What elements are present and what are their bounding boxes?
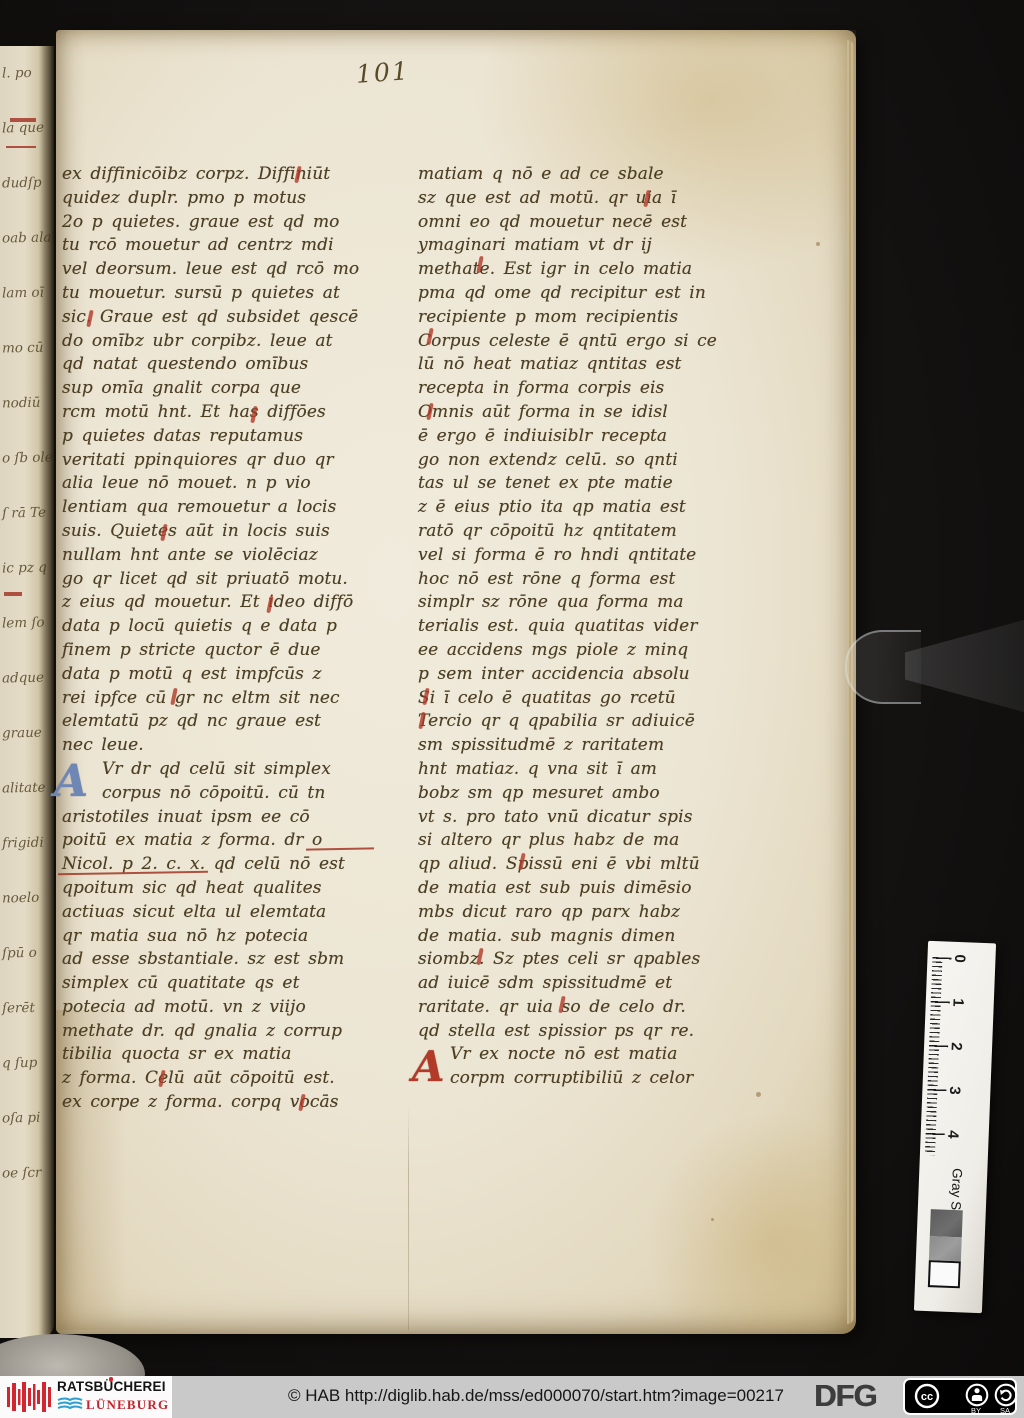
ink-speck bbox=[756, 1092, 761, 1097]
cc-logo-icon: cc bbox=[913, 1383, 941, 1411]
manuscript-text-line: matiam q nō e ad ce sbale bbox=[418, 163, 748, 187]
copyright-url-text: © HAB http://diglib.hab.de/mss/ed000070/… bbox=[288, 1386, 784, 1406]
ruler-number: 3 bbox=[946, 1086, 963, 1095]
facing-page-rubric-underline bbox=[6, 146, 36, 148]
manuscript-text-line: data p locū quietis q e data p bbox=[62, 615, 377, 639]
gray-scale-patch-dark bbox=[930, 1209, 963, 1237]
manuscript-text-line: de matia. sub magnis dimen bbox=[418, 925, 748, 949]
manuscript-text-line: sm spissitudmē z raritatem bbox=[418, 734, 748, 758]
manuscript-text-line: ymaginari matiam vt dr ij bbox=[418, 234, 748, 258]
manuscript-text-line: recipiente p mom recipientis bbox=[418, 306, 748, 330]
manuscript-text-line: vt s. pro tato vnū dicatur spis bbox=[418, 806, 748, 830]
manuscript-text-line: omni eo qd mouetur necē est bbox=[418, 211, 748, 235]
attribution-footer-bar: RATSBÜCHEREI LÜNEBURG © HAB http://digli… bbox=[0, 1376, 1024, 1418]
cc-license-badge: cc BY SA bbox=[903, 1378, 1017, 1415]
manuscript-text-line: corpus nō cōpoitū. cū tn bbox=[62, 782, 377, 806]
manuscript-text-line: hnt matiaz. q vna sit ī am bbox=[418, 758, 748, 782]
manuscript-text-line: ad iuicē sdm spissitudmē et bbox=[418, 972, 748, 996]
cc-sa-arrow-icon bbox=[994, 1383, 1018, 1407]
manuscript-text-line: Si ī celo ē quatitas go rcetū bbox=[418, 687, 748, 711]
plastic-clip-tip bbox=[845, 630, 921, 704]
grayscale-ruler-card: 01234 Gray Scale bbox=[914, 941, 996, 1313]
folio-number: 101 bbox=[355, 56, 411, 89]
dfg-logo: DFG bbox=[814, 1378, 876, 1414]
cc-by-person-icon bbox=[965, 1383, 989, 1407]
manuscript-text-line: raritate. qr uia so de celo dr. bbox=[418, 996, 748, 1020]
svg-text:cc: cc bbox=[921, 1391, 933, 1403]
blue-illuminated-initial: A bbox=[54, 756, 88, 807]
manuscript-text-line: methate dr. qd gnalia z corrup bbox=[62, 1020, 377, 1044]
library-name-line2: LÜNEBURG bbox=[86, 1397, 169, 1413]
manuscript-text-line: aristotiles inuat ipsm ee cō bbox=[62, 806, 377, 830]
manuscript-text-line: sz que est ad motū. qr uia ī bbox=[418, 187, 748, 211]
facing-page-rubric-mark bbox=[10, 118, 36, 122]
ink-speck bbox=[816, 242, 820, 246]
gray-scale-patch-white bbox=[928, 1260, 961, 1288]
manuscript-text-line: tibilia quocta sr ex matia bbox=[62, 1043, 377, 1067]
manuscript-text-line: nullam hnt ante se violēciaz bbox=[62, 544, 377, 568]
manuscript-right-column: matiam q nō e ad ce sbalesz que est ad m… bbox=[418, 163, 748, 1091]
manuscript-text-line: ex corpe z forma. corpq vocās bbox=[62, 1091, 377, 1115]
facing-page-rubric-mark bbox=[4, 592, 22, 596]
manuscript-text-line: Tercio qr q qpabilia sr adiuicē bbox=[418, 710, 748, 734]
manuscript-text-line: vel si forma ē ro hndi qntitate bbox=[418, 544, 748, 568]
manuscript-text-line: suis. Quietes aūt in locis suis bbox=[62, 520, 377, 544]
manuscript-text-line: quidez duplr. pmo p motus bbox=[62, 187, 377, 211]
manuscript-text-line: qp aliud. Spissū eni ē vbi mltū bbox=[418, 853, 748, 877]
manuscript-text-line: go non extendz celū. so qnti bbox=[418, 449, 748, 473]
manuscript-text-line: methate. Est igr in celo matia bbox=[418, 258, 748, 282]
manuscript-text-line: qr matia sua nō hz potecia bbox=[62, 925, 377, 949]
manuscript-text-line: hoc nō est rōne q forma est bbox=[418, 568, 748, 592]
manuscript-text-line: data p motū q est impfcūs z bbox=[62, 663, 377, 687]
manuscript-text-line: ē ergo ē indiuisiblr recepta bbox=[418, 425, 748, 449]
organ-pipes-logo-icon bbox=[7, 1380, 53, 1414]
manuscript-text-line: siombz. Sz ptes celi sr qpables bbox=[418, 948, 748, 972]
digitized-manuscript-photo: l. pola quedudſpoab alalam oīmo cūnodiūo… bbox=[0, 0, 1024, 1418]
manuscript-text-line: pma qd ome qd recipitur est in bbox=[418, 282, 748, 306]
manuscript-text-line: simplr sz rōne qua forma ma bbox=[418, 591, 748, 615]
ratsbuecherei-logo-block: RATSBÜCHEREI LÜNEBURG bbox=[0, 1376, 172, 1418]
manuscript-text-line: Vr dr qd celū sit simplex bbox=[62, 758, 377, 782]
manuscript-text-line: elemtatū pz qd nc graue est bbox=[62, 710, 377, 734]
manuscript-left-column: ex diffinicōibz corpz. Diffiniūtquidez d… bbox=[62, 163, 377, 1115]
manuscript-text-line: actiuas sicut elta ul elemtata bbox=[62, 901, 377, 925]
manuscript-text-line: z eius qd mouetur. Et ideo diffō bbox=[62, 591, 377, 615]
manuscript-text-line: corpm corruptibiliū z celor bbox=[418, 1067, 748, 1091]
manuscript-text-line: ee accidens mgs piole z minq bbox=[418, 639, 748, 663]
manuscript-page: 101 ex diffinicōibz corpz. Diffiniūtquid… bbox=[56, 30, 856, 1334]
manuscript-text-line: tu mouetur. sursū p quietes at bbox=[62, 282, 377, 306]
manuscript-text-line: tas ul se tenet ex pte matie bbox=[418, 472, 748, 496]
manuscript-text-line: rei ipfce cū gr nc eltm sit nec bbox=[62, 687, 377, 711]
manuscript-text-line: Omnis aūt forma in se idisl bbox=[418, 401, 748, 425]
ink-speck bbox=[711, 1218, 714, 1221]
manuscript-text-line: qd stella est spissior ps qr re. bbox=[418, 1020, 748, 1044]
manuscript-text-line: qd natat questendo omībus bbox=[62, 353, 377, 377]
ruler-number: 1 bbox=[949, 998, 966, 1007]
plastic-page-holder bbox=[845, 618, 1024, 714]
manuscript-text-line: ex diffinicōibz corpz. Diffiniūt bbox=[62, 163, 377, 187]
manuscript-text-line: si altero qr plus habz de ma bbox=[418, 829, 748, 853]
manuscript-text-line: lentiam qua remouetur a locis bbox=[62, 496, 377, 520]
manuscript-text-line: ad esse sbstantiale. sz est sbm bbox=[62, 948, 377, 972]
manuscript-text-line: lū nō heat matiaz qntitas est bbox=[418, 353, 748, 377]
manuscript-text-line: p sem inter accidencia absolu bbox=[418, 663, 748, 687]
ruler-number: 4 bbox=[944, 1130, 961, 1139]
manuscript-text-line: sic. Graue est qd subsidet qescē bbox=[62, 306, 377, 330]
manuscript-text-line: tu rcō mouetur ad centrz mdi bbox=[62, 234, 377, 258]
manuscript-text-line: ratō qr cōpoitū hz qntitatem bbox=[418, 520, 748, 544]
manuscript-text-line: alia leue nō mouet. n p vio bbox=[62, 472, 377, 496]
manuscript-text-line: recepta in forma corpis eis bbox=[418, 377, 748, 401]
manuscript-text-line: mbs dicut raro qp parx habz bbox=[418, 901, 748, 925]
manuscript-text-line: 2o p quietes. graue est qd mo bbox=[62, 211, 377, 235]
manuscript-text-line: potecia ad motū. vn z viijo bbox=[62, 996, 377, 1020]
manuscript-text-line: terialis est. quia quatitas vider bbox=[418, 615, 748, 639]
manuscript-text-line: de matia est sub puis dimēsio bbox=[418, 877, 748, 901]
manuscript-text-line: nec leue. bbox=[62, 734, 377, 758]
manuscript-text-line: sup omīa gnalit corpa que bbox=[62, 377, 377, 401]
manuscript-text-line: z ē eius ptio ita qp matia est bbox=[418, 496, 748, 520]
cc-by-label: BY bbox=[971, 1406, 981, 1415]
manuscript-text-line: Vr ex nocte nō est matia bbox=[418, 1043, 748, 1067]
umlaut-flame-mark bbox=[109, 1377, 113, 1382]
manuscript-text-line: qpoitum sic qd heat qualites bbox=[62, 877, 377, 901]
parchment-stain bbox=[646, 1110, 856, 1330]
ruler-number: 0 bbox=[951, 954, 968, 963]
red-illuminated-initial: A bbox=[412, 1042, 445, 1091]
plastic-clip-shaft bbox=[905, 618, 1024, 714]
manuscript-text-line: vel deorsum. leue est qd rcō mo bbox=[62, 258, 377, 282]
open-book-icon bbox=[57, 1397, 83, 1412]
manuscript-text-line: rcm motū hnt. Et has diffōes bbox=[62, 401, 377, 425]
manuscript-text-line: bobz sm qp mesuret ambo bbox=[418, 782, 748, 806]
manuscript-text-line: finem p stricte quctor ē due bbox=[62, 639, 377, 663]
manuscript-text-line: Corpus celeste ē qntū ergo si ce bbox=[418, 330, 748, 354]
gray-scale-patch-mid bbox=[929, 1236, 962, 1261]
manuscript-text-line: z forma. Celū aūt cōpoitū est. bbox=[62, 1067, 377, 1091]
manuscript-text-line: veritati ppinquiores qr duo qr bbox=[62, 449, 377, 473]
manuscript-text-line: go qr licet qd sit priuatō motu. bbox=[62, 568, 377, 592]
manuscript-text-line: p quietes datas reputamus bbox=[62, 425, 377, 449]
parchment-crease bbox=[408, 1105, 409, 1330]
cc-sa-label: SA bbox=[1000, 1406, 1010, 1415]
manuscript-text-line: do omībz ubr corpibz. leue at bbox=[62, 330, 377, 354]
ruler-number: 2 bbox=[948, 1042, 965, 1051]
manuscript-text-line: simplex cū quatitate qs et bbox=[62, 972, 377, 996]
